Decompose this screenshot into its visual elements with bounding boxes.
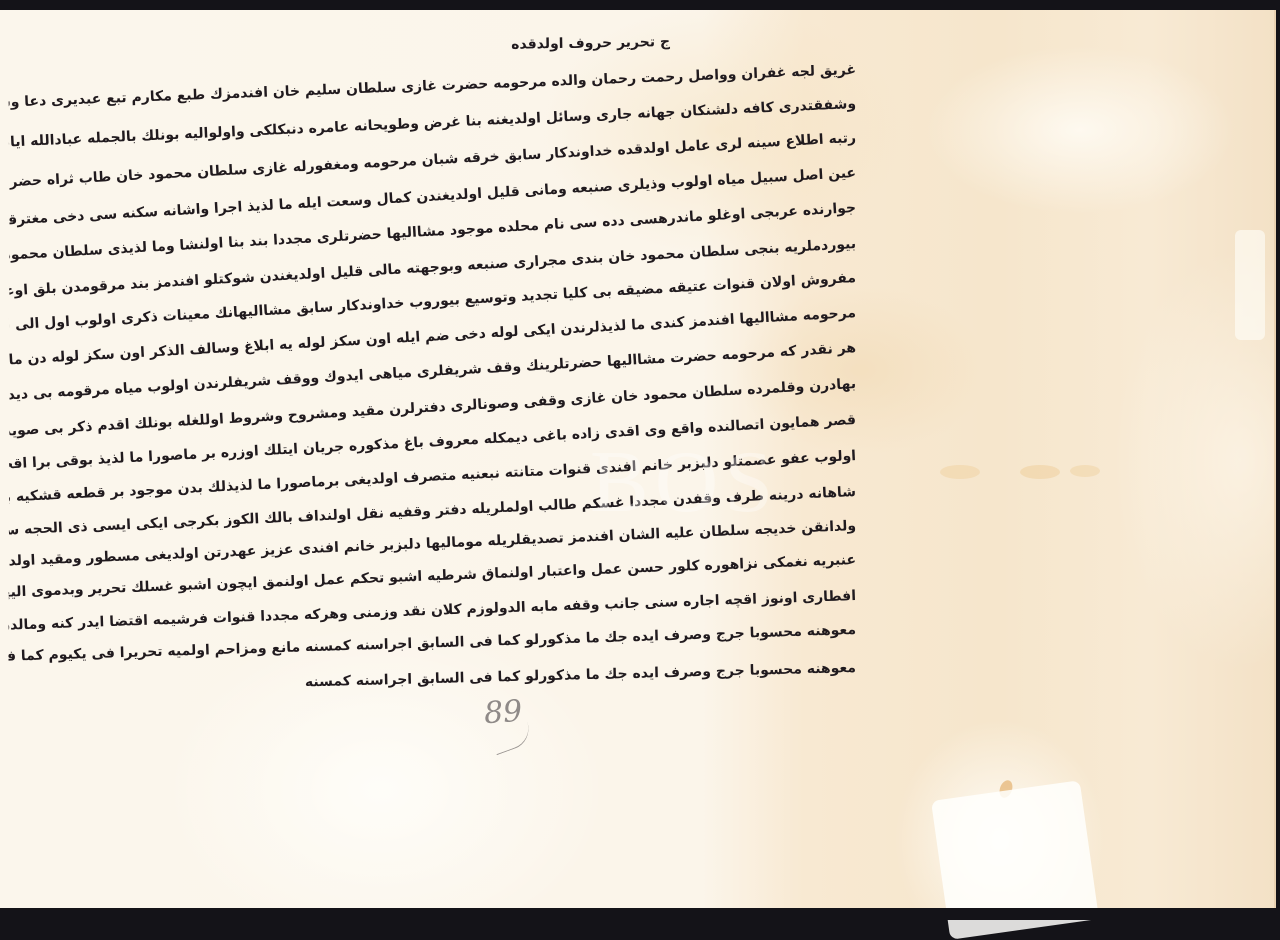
manuscript-text: ج تحریر حروف اولدقدهغریق لجه غفران وواصل… <box>0 0 1280 920</box>
scan-frame: ج تحریر حروف اولدقدهغریق لجه غفران وواصل… <box>0 0 1280 920</box>
manuscript-line: ج تحریر حروف اولدقده <box>150 34 670 59</box>
manuscript-line: معوهنه محسوبا جرج وصرف ایده جك ما مذكورل… <box>300 660 856 691</box>
